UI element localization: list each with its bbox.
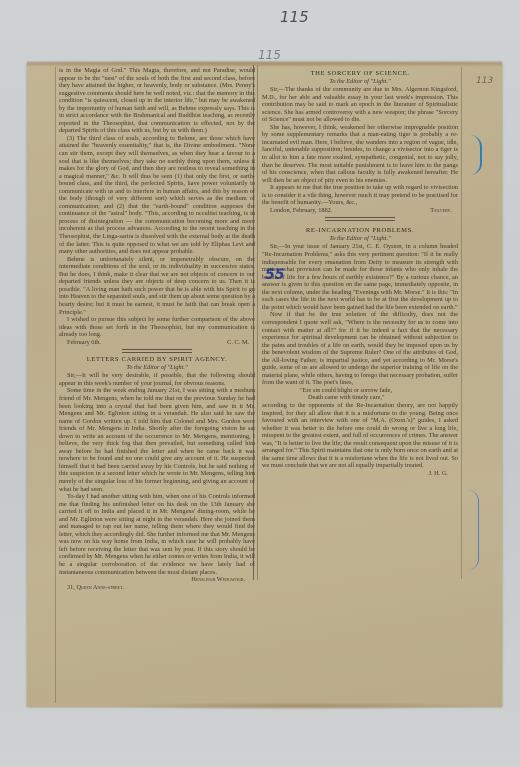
paragraph: I wished to pursue this subject by some … — [59, 316, 255, 339]
paragraph: is in the Magia of God." This Magia, the… — [59, 67, 255, 135]
signature: Tsilvery. — [430, 207, 452, 215]
address: 31, Queen Anne-street. — [59, 584, 255, 592]
article-subheading: To the Editor of "Light." — [262, 235, 458, 243]
paragraph: She has, however, I think, weakened her … — [262, 124, 458, 184]
paragraph: Now if that be the true solution of the … — [262, 311, 458, 386]
handwritten-article-number: 55 — [265, 267, 284, 283]
divider-rule — [325, 217, 395, 221]
paragraph: It appears to me that the true position … — [262, 184, 458, 207]
article-heading: LETTERS CARRIED BY SPIRIT AGENCY. — [59, 356, 255, 364]
signature: Hensleigh Wedgwood. — [59, 576, 255, 584]
poem-line: Death came with timely care," — [262, 394, 458, 402]
stain-bottom — [107, 702, 487, 710]
paragraph: To-day I had another sitting with him, w… — [59, 493, 255, 576]
signature: J. H. G. — [262, 470, 458, 478]
blue-pencil-bracket — [470, 135, 482, 175]
blue-pencil-bracket — [468, 490, 479, 570]
right-column: THE SORCERY OF SCIENCE. To the Editor of… — [262, 67, 462, 579]
signoff-date: February 6th. — [67, 339, 101, 347]
article-subheading: To the Editor of "Light." — [59, 364, 255, 372]
article-subheading: To the Editor of "Light." — [262, 78, 458, 86]
paragraph: Sir,—In your issue of January 21st, C. E… — [262, 243, 458, 311]
paragraph: Some time in the week ending January 21s… — [59, 387, 255, 493]
handwritten-page-number-small: 115 — [258, 48, 281, 62]
handwritten-margin-number: 113 — [476, 76, 493, 86]
paragraph: Behme is unfortunately silent, or impene… — [59, 256, 255, 316]
paragraph: according to the opponents of the Re-Inc… — [262, 402, 458, 470]
column-divider-inner — [257, 65, 258, 580]
place-date: London, February, 1882. — [270, 207, 332, 215]
paragraph: Sir,—The thanks of the community are due… — [262, 86, 458, 124]
paragraph: Sir,—It will be very desirable, if possi… — [59, 372, 255, 387]
article-heading: THE SORCERY OF SCIENCE. — [262, 70, 458, 78]
handwritten-page-number: 115 — [280, 8, 309, 26]
left-column: is in the Magia of God." This Magia, the… — [55, 67, 255, 703]
article-heading: RE-INCARNATION PROBLEMS. — [262, 227, 458, 235]
signoff: February 6th. C. C. M. — [59, 339, 255, 347]
poem-line: "Ere sin could blight or sorrow fade, — [262, 387, 458, 395]
signoff-initials: C. C. M. — [227, 339, 249, 347]
signoff: London, February, 1882. Tsilvery. — [262, 207, 458, 215]
paragraph: (3) The third class of souls, according … — [59, 135, 255, 256]
divider-rule — [122, 349, 192, 353]
